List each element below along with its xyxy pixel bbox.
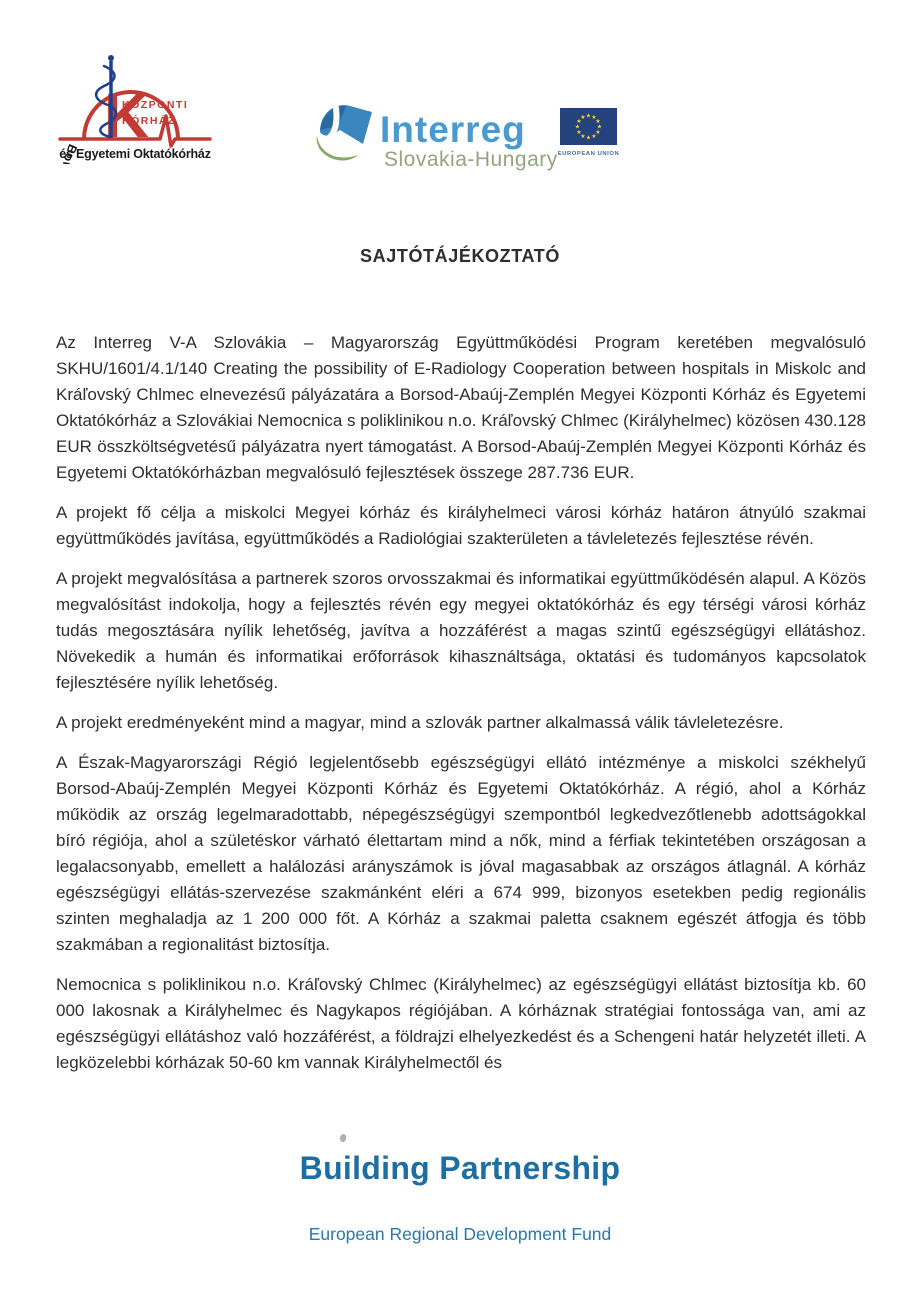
- paragraph-miskolc-hospital: A Észak-Magyarországi Régió legjelentőse…: [56, 750, 866, 958]
- interreg-mark-icon: [317, 105, 372, 160]
- scan-artifact-dot: [339, 1133, 347, 1142]
- hospital-logo-icon: Borsod-Abaúj-Zemplén Megyei K KÖZPONTI K…: [54, 42, 216, 164]
- hospital-logo-line1: KÖZPONTI: [122, 98, 188, 111]
- document-heading: SAJTÓTÁJÉKOZTATÓ: [0, 246, 920, 267]
- paragraph-project-result: A projekt eredményeként mind a magyar, m…: [56, 710, 866, 736]
- paragraph-project-goal: A projekt fő célja a miskolci Megyei kór…: [56, 500, 866, 552]
- eu-flag-caption: EUROPEAN UNION: [558, 151, 620, 157]
- building-partnership-slogan: Building Partnership: [0, 1150, 920, 1187]
- paragraph-kralovsky-chlmec: Nemocnica s poliklinikou n.o. Kráľovský …: [56, 972, 866, 1076]
- press-release-page: Borsod-Abaúj-Zemplén Megyei K KÖZPONTI K…: [0, 0, 920, 1299]
- hospital-logo-line2: KÓRHÁZ: [122, 114, 176, 127]
- interreg-logo: Interreg Slovakia-Hungary ★ ★ ★ ★ ★ ★ ★ …: [310, 96, 640, 174]
- svg-text:★: ★: [591, 133, 597, 140]
- paragraph-project-award: Az Interreg V-A Szlovákia – Magyarország…: [56, 330, 866, 486]
- erdf-footer-line: European Regional Development Fund: [0, 1224, 920, 1245]
- paragraph-implementation: A projekt megvalósítása a partnerek szor…: [56, 566, 866, 696]
- document-body: Az Interreg V-A Szlovákia – Magyarország…: [56, 330, 866, 1090]
- interreg-wordmark: Interreg: [380, 109, 526, 150]
- svg-text:★: ★: [586, 135, 592, 142]
- svg-text:★: ★: [580, 114, 586, 121]
- eu-flag-icon: ★ ★ ★ ★ ★ ★ ★ ★ ★ ★ ★ ★ EUROPEAN UNION: [558, 108, 620, 157]
- interreg-program-name: Slovakia-Hungary: [384, 148, 558, 171]
- hospital-logo-bottom-text: és Egyetemi Oktatókórház: [59, 147, 211, 161]
